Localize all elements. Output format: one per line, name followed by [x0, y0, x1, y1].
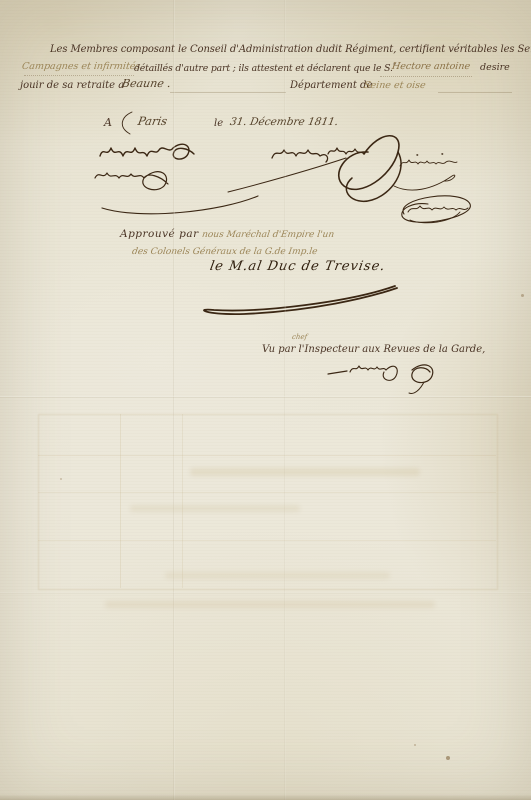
foxing-speck-4 — [60, 478, 62, 480]
vu-inserted-word: chef — [291, 333, 307, 341]
ghost-text-band-4 — [105, 601, 435, 608]
ghost-table-row-3 — [38, 540, 496, 541]
signature-3-loop2 — [346, 152, 401, 201]
fold-crease-vertical-left — [173, 0, 175, 800]
inspector-signature-dash — [328, 371, 347, 374]
inspector-signature-scrawl — [350, 366, 397, 380]
dateline-place: Paris — [137, 114, 169, 128]
foxing-speck-2 — [414, 744, 416, 746]
signature-1-line2 — [95, 172, 168, 190]
body-line-2-fillin: Campagnes et infirmités — [21, 61, 141, 72]
signature-5-name — [408, 206, 468, 212]
approval-hand-line2: des Colonels Généraux de la G.de Imp.le — [131, 247, 318, 257]
marshal-signature-text: le M.al Duc de Trevise. — [209, 259, 387, 274]
inspector-signature — [320, 352, 452, 400]
fold-crease-horizontal-lower — [0, 592, 531, 594]
form-rule-under-fillin — [24, 74, 134, 76]
inspector-signature-tail — [409, 382, 424, 393]
ghost-table-frame — [38, 414, 498, 590]
ghost-text-band-3 — [165, 572, 390, 579]
body-line-2-end: desire — [480, 62, 510, 73]
body-line-3-printed: jouir de sa retraite a — [20, 80, 124, 91]
signature-2-flourish — [228, 158, 346, 192]
approval-printed: Approuvé par — [120, 228, 199, 240]
signature-4-underline — [394, 175, 455, 190]
departement-value: Seine et oise — [363, 80, 426, 91]
scanned-document-page: Les Membres composant le Conseil d'Admin… — [0, 0, 531, 800]
ghost-table-column-2 — [182, 414, 183, 588]
paper-bottom-edge-shadow — [0, 794, 531, 800]
form-rule-line3-left — [170, 91, 286, 93]
ghost-table-row-1 — [38, 455, 496, 456]
form-rule-under-name — [380, 75, 472, 77]
dateline-date: 31. Décembre 1811. — [229, 116, 339, 128]
approval-hand-line1: nous Maréchal d'Empire l'un — [201, 230, 334, 240]
signature-1-line1 — [100, 144, 194, 159]
signature-1-underline — [102, 196, 258, 214]
signature-2 — [272, 150, 328, 162]
marshal-signature-flourish — [190, 280, 405, 318]
body-line-1: Les Membres composant le Conseil d'Admin… — [50, 44, 531, 55]
ghost-table-row-2 — [38, 492, 496, 493]
body-line-2-printed: détaillés d'autre part ; ils attestent e… — [134, 62, 396, 74]
foxing-speck-1 — [446, 756, 450, 760]
signature-3-loop1 — [339, 136, 399, 190]
foxing-speck-3 — [521, 294, 524, 297]
signature-4 — [400, 160, 457, 166]
recipient-name: Hectore antoine — [391, 61, 471, 72]
ghost-text-band-2 — [130, 505, 300, 512]
retirement-place: Beaune . — [121, 77, 172, 90]
inspector-signature-paraph — [412, 365, 433, 383]
ghost-text-band-1 — [190, 468, 420, 476]
form-rule-line3-right — [438, 91, 512, 93]
departement-label: Département de — [290, 80, 372, 91]
signatures-block — [80, 128, 480, 233]
ghost-table-column-1 — [120, 414, 121, 588]
